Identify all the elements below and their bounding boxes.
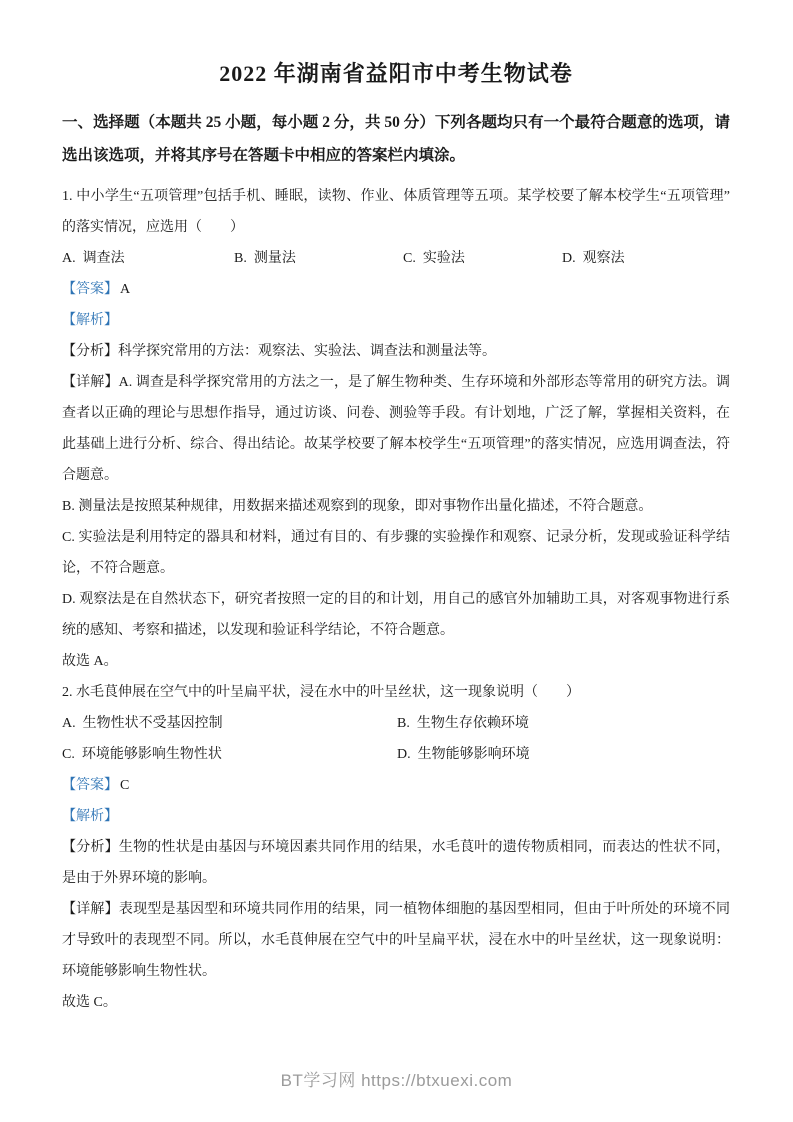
q2-option-a-text: 生物性状不受基因控制 <box>83 716 223 731</box>
footer-watermark: BT学习网 https://btxuexi.com <box>0 1066 793 1091</box>
q1-option-d: D.观察法 <box>562 243 730 274</box>
q2-answer-value: C <box>120 778 129 793</box>
q2-answer-line: 【答案】C <box>62 770 730 801</box>
q1-option-b-text: 测量法 <box>254 251 296 266</box>
q2-stem: 2. 水毛茛伸展在空气中的叶呈扁平状，浸在水中的叶呈丝状，这一现象说明（ ） <box>62 677 730 708</box>
q2-fenxi-text: 生物的性状是由基因与环境因素共同作用的结果，水毛茛叶的遗传物质相同，而表达的性状… <box>62 840 730 886</box>
fenxi-label: 【分析】 <box>62 344 118 359</box>
q2-xiangjie-paragraph: 【详解】表现型是基因型和环境共同作用的结果，同一植物体细胞的基因型相同，但由于叶… <box>62 894 730 987</box>
q1-option-c: C.实验法 <box>403 243 562 274</box>
q2-option-d-label: D. <box>397 747 411 762</box>
page-title: 2022 年湖南省益阳市中考生物试卷 <box>62 56 730 92</box>
q2-jiexi-line: 【解析】 <box>62 801 730 832</box>
q1-option-a-label: A. <box>62 251 76 266</box>
q1-jiexi-line: 【解析】 <box>62 305 730 336</box>
fenxi-label: 【分析】 <box>62 840 119 855</box>
answer-label: 【答案】 <box>62 282 118 297</box>
q2-options-grid: A.生物性状不受基因控制 B.生物生存依赖环境 C.环境能够影响生物性状 D.生… <box>62 708 730 770</box>
q1-fenxi-paragraph: 【分析】科学探究常用的方法：观察法、实验法、调查法和测量法等。 <box>62 336 730 367</box>
q2-fenxi-paragraph: 【分析】生物的性状是由基因与环境因素共同作用的结果，水毛茛叶的遗传物质相同，而表… <box>62 832 730 894</box>
jiexi-label: 【解析】 <box>62 809 118 824</box>
q1-option-b: B.测量法 <box>234 243 403 274</box>
q2-option-a: A.生物性状不受基因控制 <box>62 708 397 739</box>
q2-option-d: D.生物能够影响环境 <box>397 739 730 770</box>
q2-option-b-text: 生物生存依赖环境 <box>417 716 529 731</box>
jiexi-label: 【解析】 <box>62 313 118 328</box>
q2-option-d-text: 生物能够影响环境 <box>418 747 530 762</box>
q1-note-c: C. 实验法是利用特定的器具和材料，通过有目的、有步骤的实验操作和观察、记录分析… <box>62 522 730 584</box>
q1-conclusion: 故选 A。 <box>62 646 730 677</box>
q1-answer-line: 【答案】A <box>62 274 730 305</box>
q1-option-c-label: C. <box>403 251 416 266</box>
q1-option-b-label: B. <box>234 251 247 266</box>
q1-option-d-label: D. <box>562 251 576 266</box>
q1-options-row: A.调查法 B.测量法 C.实验法 D.观察法 <box>62 243 730 274</box>
q1-xiangjie-paragraph: 【详解】A. 调查是科学探究常用的方法之一，是了解生物种类、生存环境和外部形态等… <box>62 367 730 491</box>
xiangjie-label: 【详解】 <box>62 902 119 917</box>
q1-note-b: B. 测量法是按照某种规律，用数据来描述观察到的现象，即对事物作出量化描述，不符… <box>62 491 730 522</box>
q2-option-c-text: 环境能够影响生物性状 <box>82 747 222 762</box>
q2-xiangjie-text: 表现型是基因型和环境共同作用的结果，同一植物体细胞的基因型相同，但由于叶所处的环… <box>62 902 730 979</box>
q1-option-a-text: 调查法 <box>83 251 125 266</box>
q2-option-b-label: B. <box>397 716 410 731</box>
q1-option-a: A.调查法 <box>62 243 234 274</box>
q2-option-c-label: C. <box>62 747 75 762</box>
section-header: 一、选择题（本题共 25 小题，每小题 2 分，共 50 分）下列各题均只有一个… <box>62 106 730 172</box>
q1-option-c-text: 实验法 <box>423 251 465 266</box>
question-1: 1. 中小学生“五项管理”包括手机、睡眠，读物、作业、体质管理等五项。某学校要了… <box>62 181 730 677</box>
q2-option-a-label: A. <box>62 716 76 731</box>
document-content: 2022 年湖南省益阳市中考生物试卷 一、选择题（本题共 25 小题，每小题 2… <box>62 56 730 1018</box>
q1-answer-value: A <box>120 282 130 297</box>
question-2: 2. 水毛茛伸展在空气中的叶呈扁平状，浸在水中的叶呈丝状，这一现象说明（ ） A… <box>62 677 730 1018</box>
q1-option-d-text: 观察法 <box>583 251 625 266</box>
exam-paper-page: 2022 年湖南省益阳市中考生物试卷 一、选择题（本题共 25 小题，每小题 2… <box>0 0 793 1122</box>
q1-xiangjie-text: A. 调查是科学探究常用的方法之一，是了解生物种类、生存环境和外部形态等常用的研… <box>62 375 730 483</box>
q2-option-b: B.生物生存依赖环境 <box>397 708 730 739</box>
q1-note-d: D. 观察法是在自然状态下，研究者按照一定的目的和计划，用自己的感官外加辅助工具… <box>62 584 730 646</box>
answer-label: 【答案】 <box>62 778 118 793</box>
q1-stem: 1. 中小学生“五项管理”包括手机、睡眠，读物、作业、体质管理等五项。某学校要了… <box>62 181 730 243</box>
q2-option-c: C.环境能够影响生物性状 <box>62 739 397 770</box>
q1-fenxi-text: 科学探究常用的方法：观察法、实验法、调查法和测量法等。 <box>118 344 496 359</box>
xiangjie-label: 【详解】 <box>62 375 119 390</box>
q2-conclusion: 故选 C。 <box>62 987 730 1018</box>
